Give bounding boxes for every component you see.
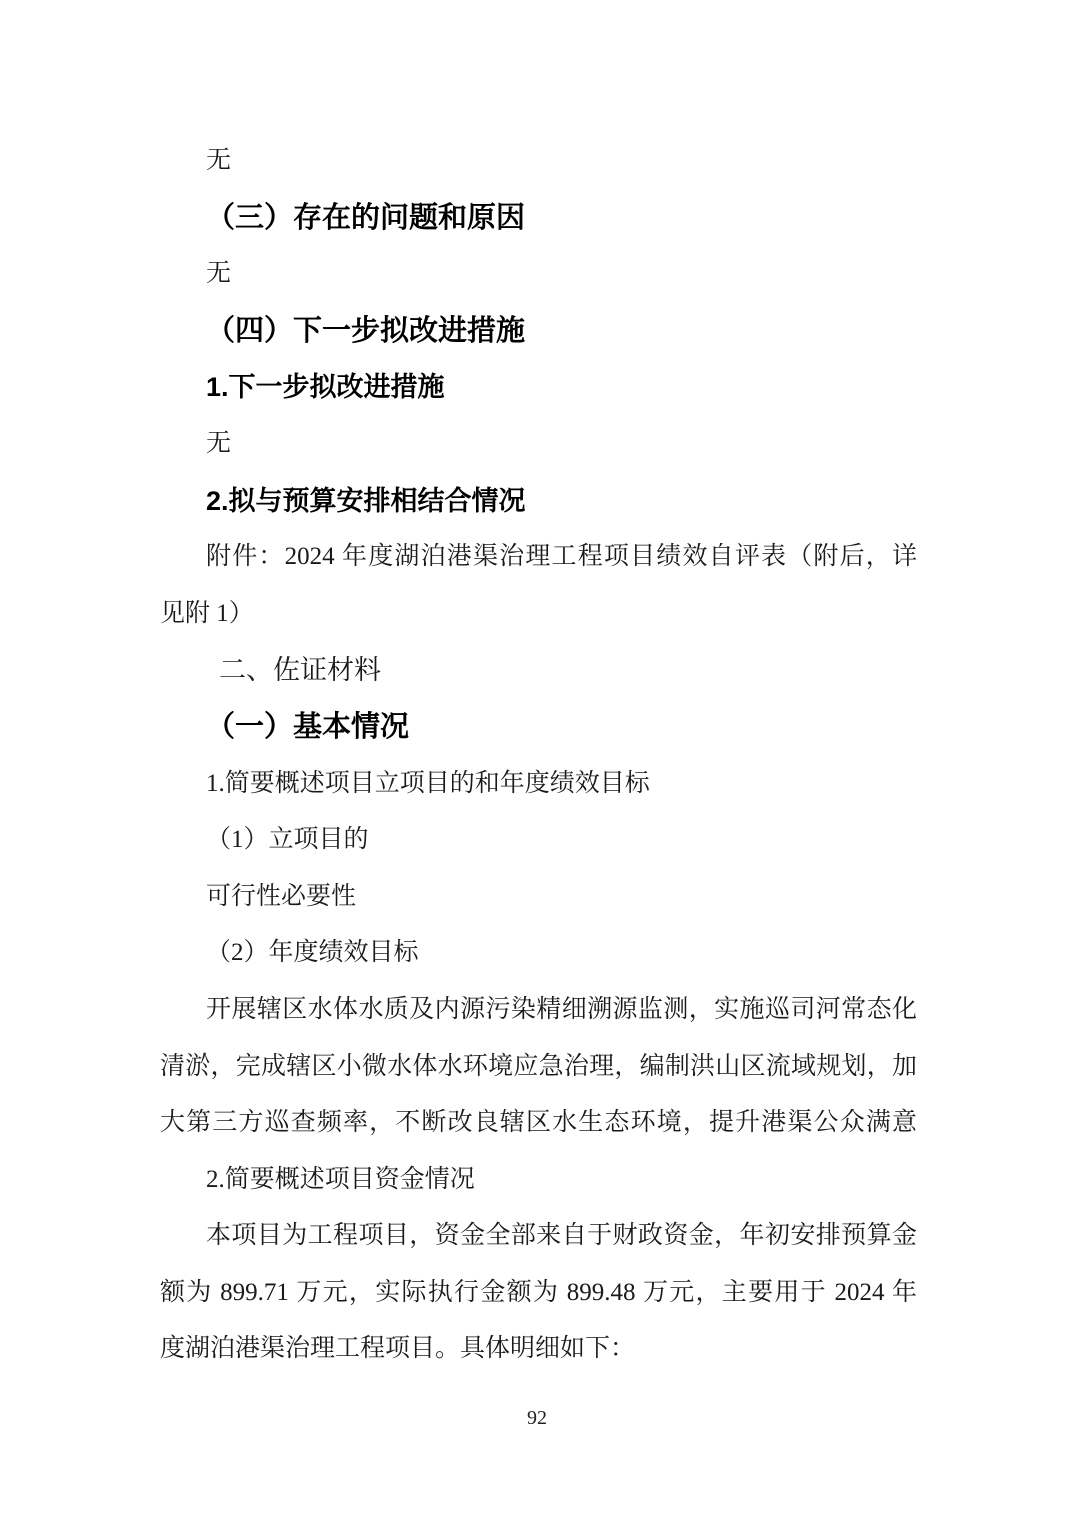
- heading-line: （四）下一步拟改进措施: [160, 303, 917, 360]
- text-line: 本项目为工程项目，资金全部来自于财政资金，年初安排预算金: [160, 1208, 917, 1265]
- text-line: 大第三方巡查频率，不断改良辖区水生态环境，提升港渠公众满意度。: [160, 1095, 917, 1152]
- text-line: 清淤，完成辖区小微水体水环境应急治理，编制洪山区流域规划，加: [160, 1039, 917, 1096]
- document-lines: 无（三）存在的问题和原因无（四）下一步拟改进措施1.下一步拟改进措施无2.拟与预…: [160, 133, 917, 1378]
- text-line: 见附 1）: [160, 586, 917, 643]
- text-line: 可行性必要性: [160, 869, 917, 926]
- text-line: （1）立项目的: [160, 812, 917, 869]
- text-line: 无: [160, 133, 917, 190]
- text-line: 二、佐证材料: [160, 642, 917, 699]
- text-line: 开展辖区水体水质及内源污染精细溯源监测，实施巡司河常态化: [160, 982, 917, 1039]
- text-line: 额为 899.71 万元，实际执行金额为 899.48 万元，主要用于 2024…: [160, 1265, 917, 1322]
- heading-line: （一）基本情况: [160, 699, 917, 756]
- text-line: （2）年度绩效目标: [160, 925, 917, 982]
- document-page: 无（三）存在的问题和原因无（四）下一步拟改进措施1.下一步拟改进措施无2.拟与预…: [0, 0, 1074, 1520]
- heading-line: 1.下一步拟改进措施: [160, 359, 917, 416]
- text-line: 度湖泊港渠治理工程项目。具体明细如下：: [160, 1321, 917, 1378]
- heading-line: 2.拟与预算安排相结合情况: [160, 473, 917, 530]
- page-number: 92: [0, 1404, 1074, 1432]
- text-line: 2.简要概述项目资金情况: [160, 1152, 917, 1209]
- text-line: 无: [160, 246, 917, 303]
- heading-line: （三）存在的问题和原因: [160, 190, 917, 247]
- text-line: 无: [160, 416, 917, 473]
- text-line: 1.简要概述项目立项目的和年度绩效目标: [160, 756, 917, 813]
- text-line: 附件：2024 年度湖泊港渠治理工程项目绩效自评表（附后，详: [160, 529, 917, 586]
